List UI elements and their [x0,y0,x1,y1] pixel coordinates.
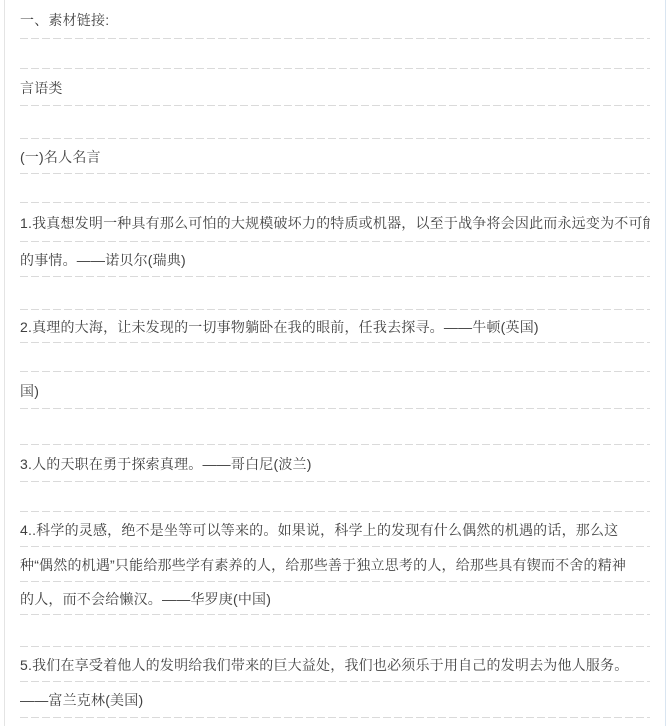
blank-line [20,615,650,647]
heading-material-links: 一、素材链接: [20,0,650,39]
heading-category: 言语类 [20,69,650,106]
heading-famous-quotes: (一)名人名言 [20,139,650,174]
blank-line [20,174,650,203]
quote-4-line-2: 种“偶然的机遇”只能给那些学有素养的人，给那些善于独立思考的人，给那些具有锲而不… [20,547,650,582]
quote-5-line-1: 5.我们在享受着他人的发明给我们带来的巨大益处，我们也必须乐于用自己的发明去为他… [20,647,650,682]
blank-line [20,39,650,69]
quote-4-line-3: 的人，而不会给懒汉。——华罗庚(中国) [20,582,650,615]
quote-1-line-2: 的事情。——诺贝尔(瑞典) [20,242,650,277]
page-bottom-spacer [20,718,650,726]
quote-4-line-1: 4..科学的灵感，绝不是坐等可以等来的。如果说，科学上的发现有什么偶然的机遇的话… [20,512,650,547]
quote-5-line-2: ——富兰克林(美国) [20,682,650,718]
quote-3-line-1: 3.人的天职在勇于探索真理。——哥白尼(波兰) [20,445,650,482]
quote-1-line-1: 1.我真想发明一种具有那么可怕的大规模破坏力的特质或机器，以至于战争将会因此而永… [20,203,650,242]
quote-2-fragment: 国) [20,372,650,409]
blank-line [20,343,650,372]
blank-line [20,106,650,139]
document-page: 一、素材链接: 言语类 (一)名人名言 1.我真想发明一种具有那么可怕的大规模破… [4,0,666,726]
blank-line [20,277,650,310]
blank-line [20,409,650,445]
quote-2-line-1: 2.真理的大海，让未发现的一切事物躺卧在我的眼前，任我去探寻。——牛顿(英国) [20,310,650,343]
blank-line [20,482,650,512]
